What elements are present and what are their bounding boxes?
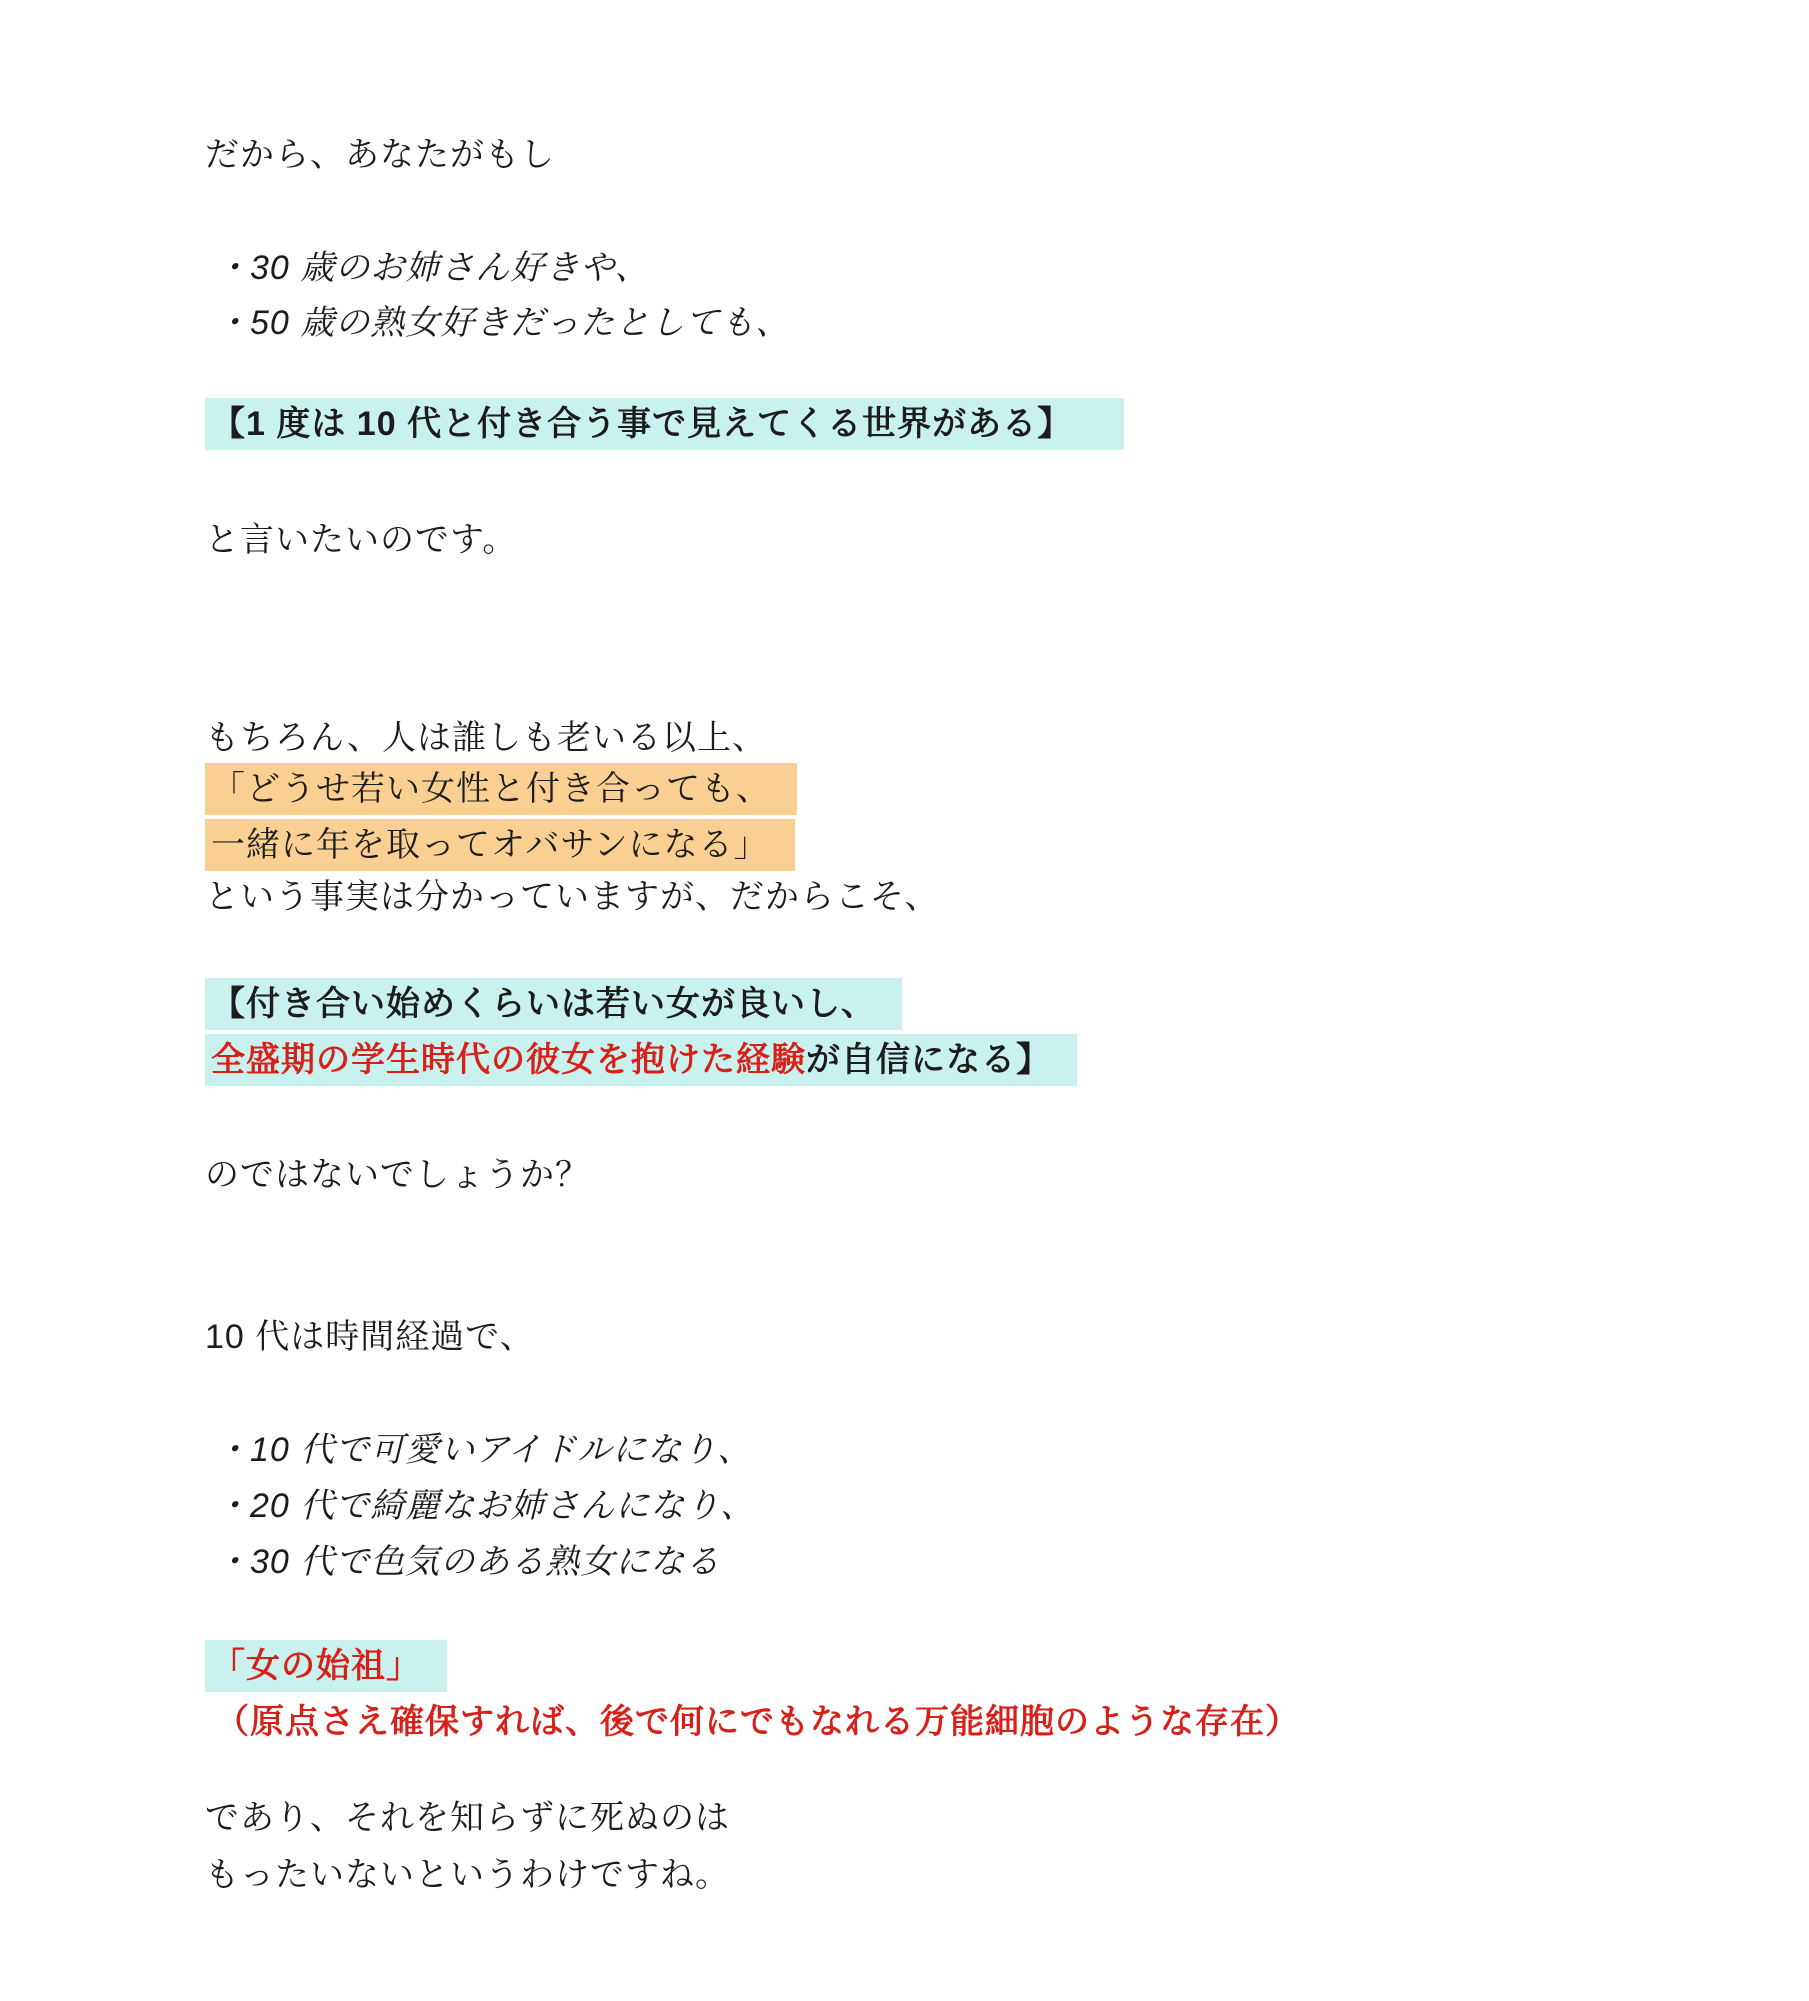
bullet-line: ・30 代で色気のある熟女になる (215, 1537, 720, 1587)
text-line: であり、それを知らずに死ぬのは (205, 1793, 730, 1843)
orange-highlight: 「どうせ若い女性と付き合っても、 (205, 763, 797, 815)
bullet-line: ・30 歳のお姉さん好きや、 (215, 243, 650, 293)
cyan-highlight: 【1 度は 10 代と付き合う事で見えてくる世界がある】 (205, 398, 1124, 450)
cyan-highlight: 【付き合い始めくらいは若い女が良いし、 (205, 978, 902, 1030)
highlight-line: 「どうせ若い女性と付き合っても、 (205, 763, 797, 815)
text-line: もちろん、人は誰しも老いる以上、 (205, 713, 767, 763)
highlight-line: 「女の始祖」 (205, 1640, 447, 1692)
bullet-line: ・10 代で可愛いアイドルになり、 (215, 1425, 752, 1475)
red-text-line: （原点さえ確保すれば、後で何にでもなれる万能細胞のような存在） (215, 1697, 1300, 1747)
highlight-line: 【1 度は 10 代と付き合う事で見えてくる世界がある】 (205, 398, 1124, 450)
text-line: と言いたいのです。 (205, 515, 517, 565)
bullet-line: ・50 歳の熟女好きだったとしても、 (215, 298, 790, 348)
text-line: 10 代は時間経過で、 (205, 1312, 535, 1362)
text-line: だから、あなたがもし (205, 130, 555, 180)
text-line: もったいないというわけですね。 (205, 1850, 730, 1900)
highlight-line: 一緒に年を取ってオバサンになる」 (205, 819, 795, 871)
cyan-highlight-red-text: 「女の始祖」 (205, 1640, 447, 1692)
orange-highlight: 一緒に年を取ってオバサンになる」 (205, 819, 795, 871)
cyan-highlight: 全盛期の学生時代の彼女を抱けた経験が自信になる】 (205, 1034, 1077, 1086)
red-emphasis-text: 全盛期の学生時代の彼女を抱けた経験 (211, 1041, 806, 1079)
bullet-line: ・20 代で綺麗なお姉さんになり、 (215, 1481, 755, 1531)
document-page: だから、あなたがもし ・30 歳のお姉さん好きや、 ・50 歳の熟女好きだったと… (0, 0, 1809, 2001)
highlight-line: 全盛期の学生時代の彼女を抱けた経験が自信になる】 (205, 1034, 1077, 1086)
highlight-line: 【付き合い始めくらいは若い女が良いし、 (205, 978, 902, 1030)
text-line: のではないでしょうか？ (205, 1150, 590, 1200)
text-line: という事実は分かっていますが、だからこそ、 (205, 872, 939, 922)
highlight-text: が自信になる】 (806, 1041, 1051, 1079)
